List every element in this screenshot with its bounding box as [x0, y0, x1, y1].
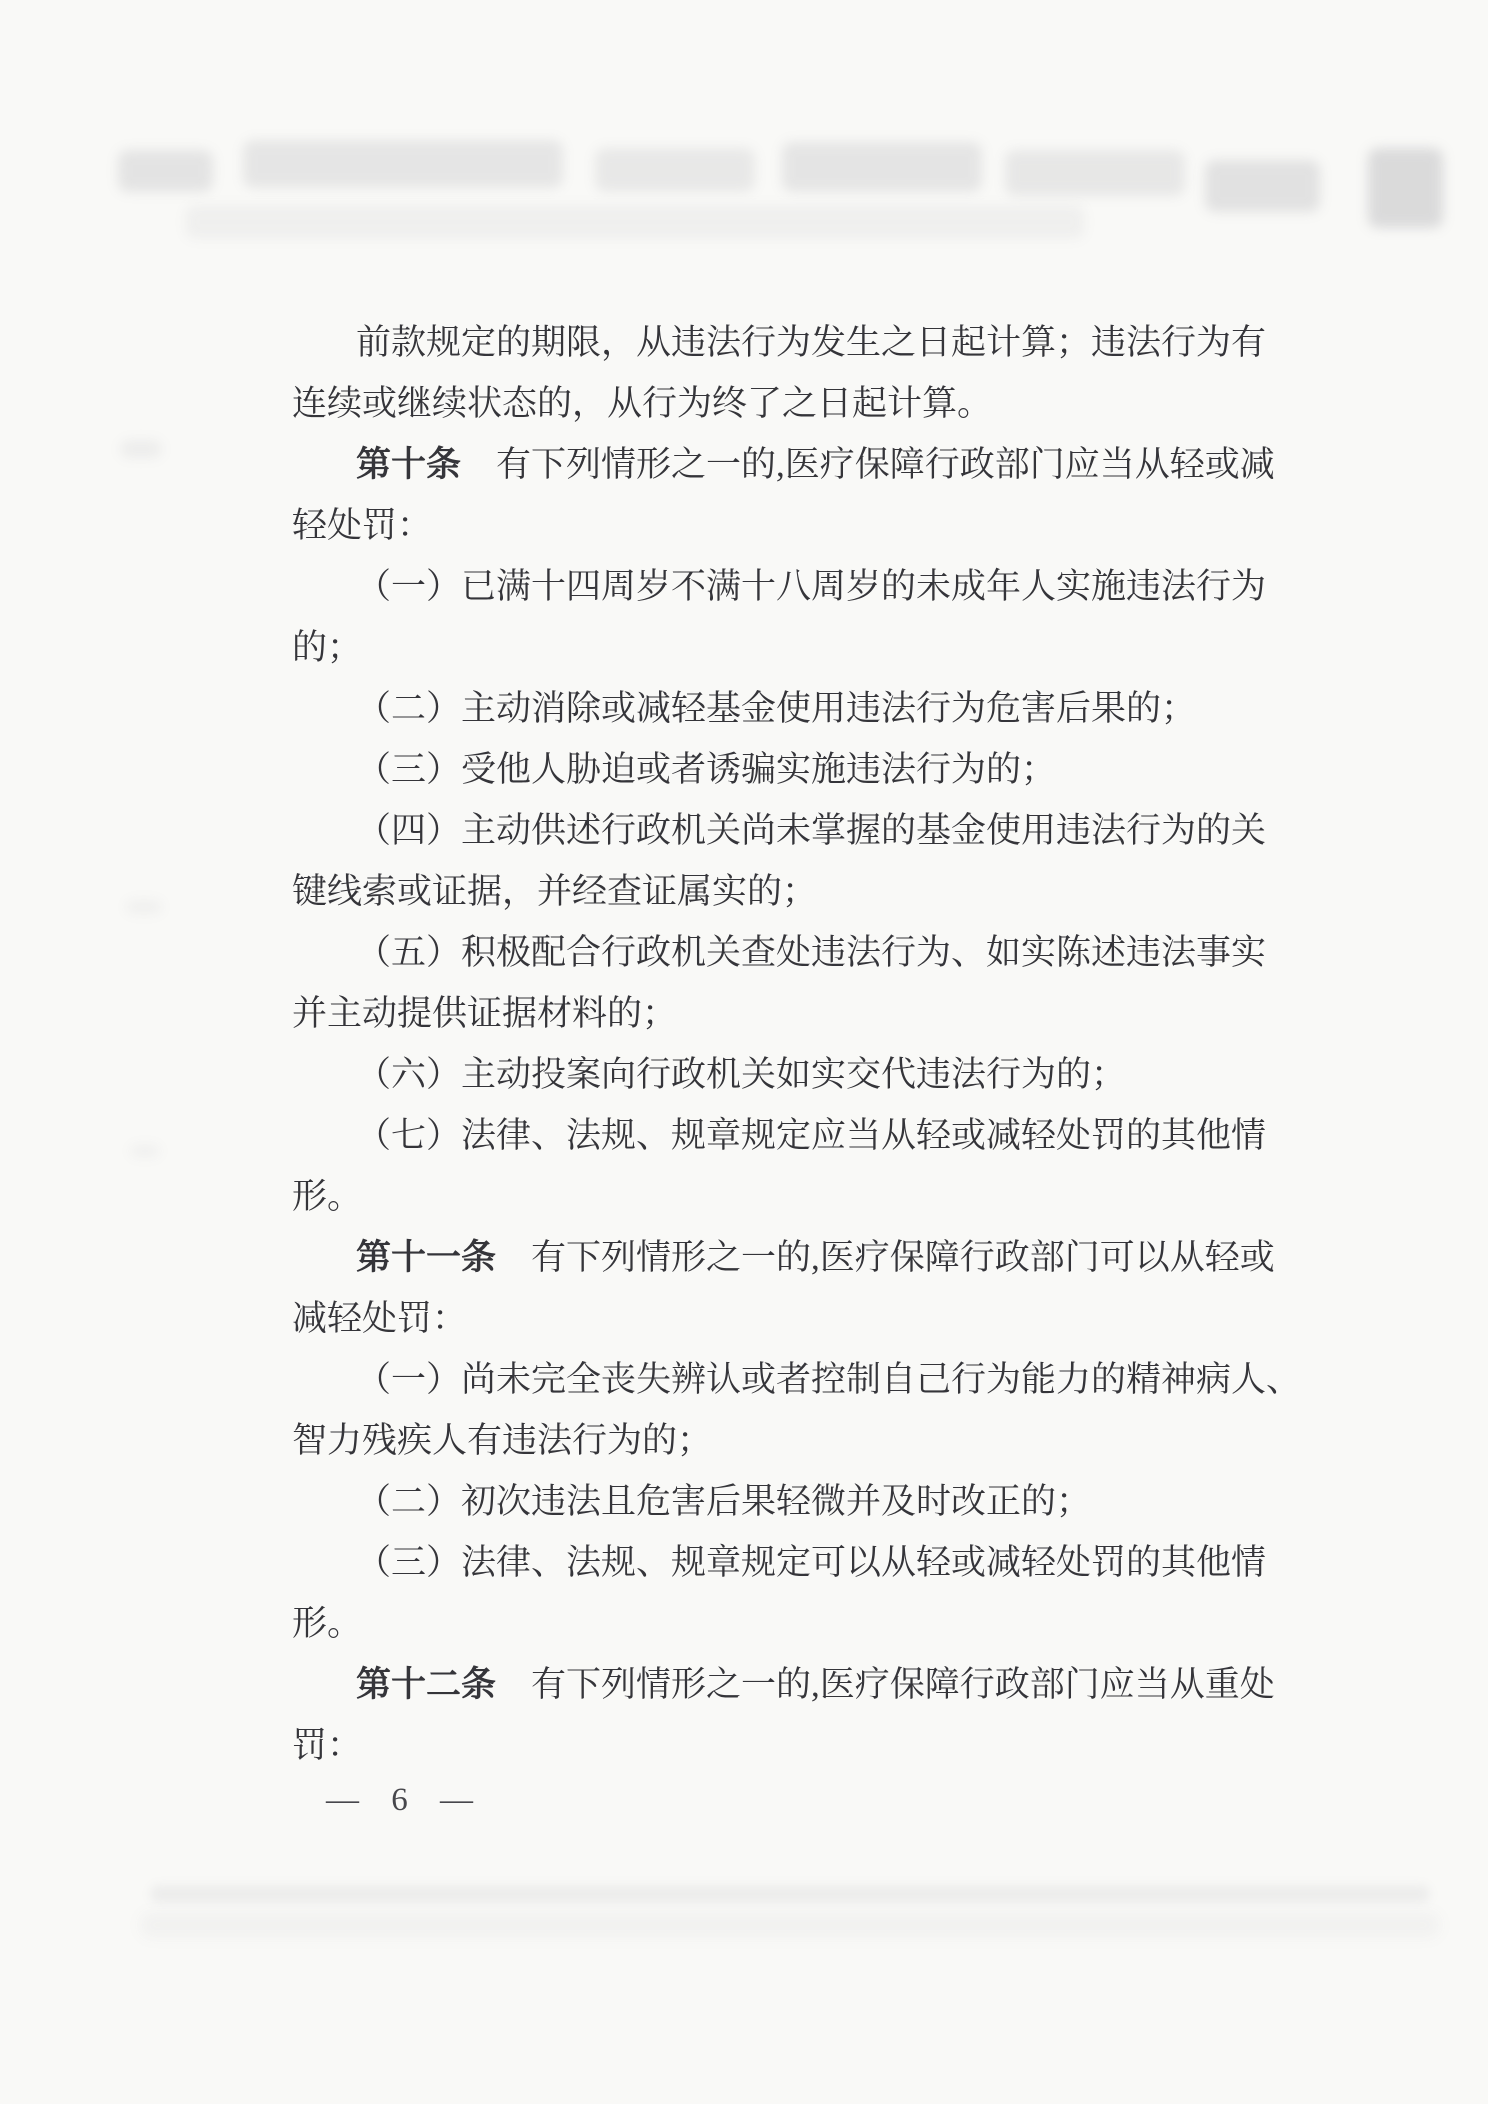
text-line: （一）已满十四周岁不满十八周岁的未成年人实施违法行为	[292, 556, 1292, 617]
line-text: 形。	[292, 1604, 362, 1643]
text-line: 连续或继续状态的，从行为终了之日起计算。	[292, 373, 1292, 434]
line-text: 的；	[292, 628, 362, 667]
line-text: 减轻处罚：	[292, 1299, 467, 1338]
text-line: 第十二条 有下列情形之一的,医疗保障行政部门应当从重处	[292, 1654, 1292, 1715]
bleedthrough-artifact	[1368, 148, 1443, 228]
line-text: 有下列情形之一的,医疗保障行政部门应当从重处	[496, 1665, 1275, 1704]
text-line: 键线索或证据，并经查证属实的；	[292, 861, 1292, 922]
line-text: 连续或继续状态的，从行为终了之日起计算。	[292, 384, 992, 423]
text-line: 并主动提供证据材料的；	[292, 983, 1292, 1044]
text-line: （四）主动供述行政机关尚未掌握的基金使用违法行为的关	[292, 800, 1292, 861]
text-line: 形。	[292, 1593, 1292, 1654]
line-text: （七）法律、法规、规章规定应当从轻或减轻处罚的其他情	[356, 1116, 1266, 1155]
line-text: 罚：	[292, 1726, 362, 1765]
line-text: （六）主动投案向行政机关如实交代违法行为的；	[356, 1055, 1126, 1094]
text-line: 形。	[292, 1166, 1292, 1227]
text-line: （一）尚未完全丧失辨认或者控制自己行为能力的精神病人、	[292, 1349, 1292, 1410]
line-text: 有下列情形之一的,医疗保障行政部门可以从轻或	[496, 1238, 1275, 1277]
scan-smudge	[126, 900, 162, 914]
text-line: （二）主动消除或减轻基金使用违法行为危害后果的；	[292, 678, 1292, 739]
bleedthrough-artifact	[243, 140, 563, 188]
text-line: 罚：	[292, 1715, 1292, 1776]
line-text: 前款规定的期限，从违法行为发生之日起计算；违法行为有	[356, 323, 1266, 362]
text-line: （六）主动投案向行政机关如实交代违法行为的；	[292, 1044, 1292, 1105]
text-line: 的；	[292, 617, 1292, 678]
text-line: （七）法律、法规、规章规定应当从轻或减轻处罚的其他情	[292, 1105, 1292, 1166]
article-number: 第十条	[356, 445, 461, 484]
line-text: （五）积极配合行政机关查处违法行为、如实陈述违法事实	[356, 933, 1266, 972]
text-line: （二）初次违法且危害后果轻微并及时改正的；	[292, 1471, 1292, 1532]
bleedthrough-artifact	[595, 148, 755, 192]
bleedthrough-artifact	[1205, 160, 1320, 212]
text-line: （三）受他人胁迫或者诱骗实施违法行为的；	[292, 739, 1292, 800]
line-text: （三）受他人胁迫或者诱骗实施违法行为的；	[356, 750, 1056, 789]
text-line: 第十条 有下列情形之一的,医疗保障行政部门应当从轻或减	[292, 434, 1292, 495]
line-text: 轻处罚：	[292, 506, 432, 545]
scanned-document-page: 前款规定的期限，从违法行为发生之日起计算；违法行为有 连续或继续状态的，从行为终…	[0, 0, 1488, 2104]
text-line: 减轻处罚：	[292, 1288, 1292, 1349]
bleedthrough-artifact	[140, 1912, 1440, 1938]
text-line: （五）积极配合行政机关查处违法行为、如实陈述违法事实	[292, 922, 1292, 983]
text-line: 智力残疾人有违法行为的；	[292, 1410, 1292, 1471]
bleedthrough-artifact	[185, 205, 1085, 239]
article-number: 第十二条	[356, 1665, 496, 1704]
line-text: （一）尚未完全丧失辨认或者控制自己行为能力的精神病人、	[356, 1360, 1301, 1399]
line-text: 有下列情形之一的,医疗保障行政部门应当从轻或减	[461, 445, 1275, 484]
bleedthrough-artifact	[782, 142, 982, 192]
document-body: 前款规定的期限，从违法行为发生之日起计算；违法行为有 连续或继续状态的，从行为终…	[292, 312, 1292, 1776]
scan-smudge	[120, 440, 162, 458]
scan-smudge	[130, 1145, 160, 1157]
bleedthrough-artifact	[150, 1885, 1430, 1903]
line-text: 智力残疾人有违法行为的；	[292, 1421, 712, 1460]
text-line: 第十一条 有下列情形之一的,医疗保障行政部门可以从轻或	[292, 1227, 1292, 1288]
line-text: （三）法律、法规、规章规定可以从轻或减轻处罚的其他情	[356, 1543, 1266, 1582]
page-number: — 6 —	[326, 1782, 479, 1819]
line-text: 形。	[292, 1177, 362, 1216]
line-text: （二）主动消除或减轻基金使用违法行为危害后果的；	[356, 689, 1196, 728]
text-line: 轻处罚：	[292, 495, 1292, 556]
line-text: （一）已满十四周岁不满十八周岁的未成年人实施违法行为	[356, 567, 1266, 606]
line-text: （四）主动供述行政机关尚未掌握的基金使用违法行为的关	[356, 811, 1266, 850]
text-line: （三）法律、法规、规章规定可以从轻或减轻处罚的其他情	[292, 1532, 1292, 1593]
article-number: 第十一条	[356, 1238, 496, 1277]
bleedthrough-artifact	[118, 150, 213, 192]
line-text: 键线索或证据，并经查证属实的；	[292, 872, 817, 911]
line-text: 并主动提供证据材料的；	[292, 994, 677, 1033]
text-line: 前款规定的期限，从违法行为发生之日起计算；违法行为有	[292, 312, 1292, 373]
bleedthrough-artifact	[1005, 150, 1185, 196]
line-text: （二）初次违法且危害后果轻微并及时改正的；	[356, 1482, 1091, 1521]
